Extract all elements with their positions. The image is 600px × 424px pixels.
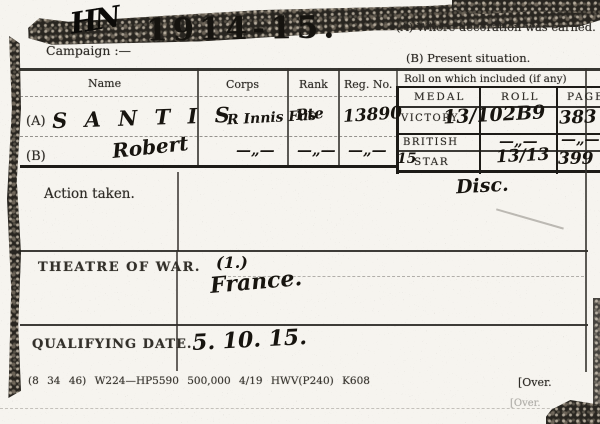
- medal-victory-roll: 13/102B9: [442, 101, 545, 128]
- row-b-rank-ditto: —„—: [297, 141, 336, 159]
- action-taken-label: Action taken.: [44, 186, 135, 202]
- campaign-value: 1914-15.: [146, 9, 340, 48]
- divider-rank-reg: [338, 68, 340, 167]
- col-header-name: Name: [88, 77, 121, 90]
- medal-victory-page: 383: [559, 106, 597, 128]
- roll-divider-medal-roll: [479, 86, 481, 174]
- table-top-rule: [20, 68, 600, 71]
- row-b-reg-ditto: —„—: [348, 141, 387, 159]
- scan-strip-right: [593, 298, 600, 406]
- roll-box-bottom: [396, 170, 600, 173]
- header-underline: [20, 96, 397, 97]
- qualifying-date-label: QUALIFYING DATE.: [32, 337, 192, 352]
- col-header-reg-no: Reg. No.: [344, 78, 392, 91]
- over-label-ghost: [Over.: [510, 398, 541, 409]
- row-a-reg-no: 13890: [342, 103, 402, 127]
- row-a-name: S A N T I S: [52, 102, 236, 133]
- row-a-underline: [20, 136, 397, 137]
- medal-star-label: STAR: [414, 156, 449, 168]
- row-b-corps-ditto: —„—: [236, 141, 275, 159]
- medal-star-roll: 13/13: [496, 145, 551, 168]
- printer-code: (8 34 46) W224—HP5590 500,000 4/19 HWV(P…: [28, 375, 370, 387]
- col-header-rank: Rank: [299, 78, 328, 91]
- medal-star-page: 399: [558, 149, 594, 169]
- note-where-earned: (A) Where decoration was earned.: [396, 20, 596, 34]
- qualifying-date-value: 5. 10. 15.: [191, 324, 307, 356]
- divider-reg-roll: [396, 68, 398, 88]
- row-a-rank: Pte: [295, 104, 324, 124]
- action-bottom-rule: [20, 250, 588, 252]
- col-header-corps: Corps: [226, 78, 259, 91]
- note-present-situation: (B) Present situation.: [406, 51, 530, 65]
- scan-strip-left: [7, 36, 21, 398]
- roll-header: Roll on which included (if any): [404, 73, 567, 85]
- medal-index-card: HN Campaign :— 1914-15. (A) Where decora…: [0, 0, 600, 424]
- medal-british-label: BRITISH: [403, 137, 459, 148]
- pencil-scratch: [496, 208, 564, 229]
- roll-col-medal: MEDAL: [414, 91, 465, 103]
- roll-col-page: PAGE: [567, 91, 600, 103]
- action-taken-value: Disc.: [455, 174, 509, 199]
- medal-british-page-ditto: —„—: [561, 130, 600, 148]
- action-divider: [177, 172, 179, 251]
- medal-star-prefix: 15: [397, 151, 416, 167]
- roll-box-top: [396, 86, 600, 88]
- row-b-label: (B): [26, 149, 46, 164]
- scan-blob-bottom-right: [546, 400, 600, 424]
- campaign-label: Campaign :—: [46, 43, 131, 58]
- over-label: [Over.: [518, 376, 552, 389]
- table-bottom-rule-left: [20, 165, 397, 168]
- row-a-label: (A): [26, 114, 46, 129]
- theatre-of-war-label: THEATRE OF WAR.: [38, 260, 201, 275]
